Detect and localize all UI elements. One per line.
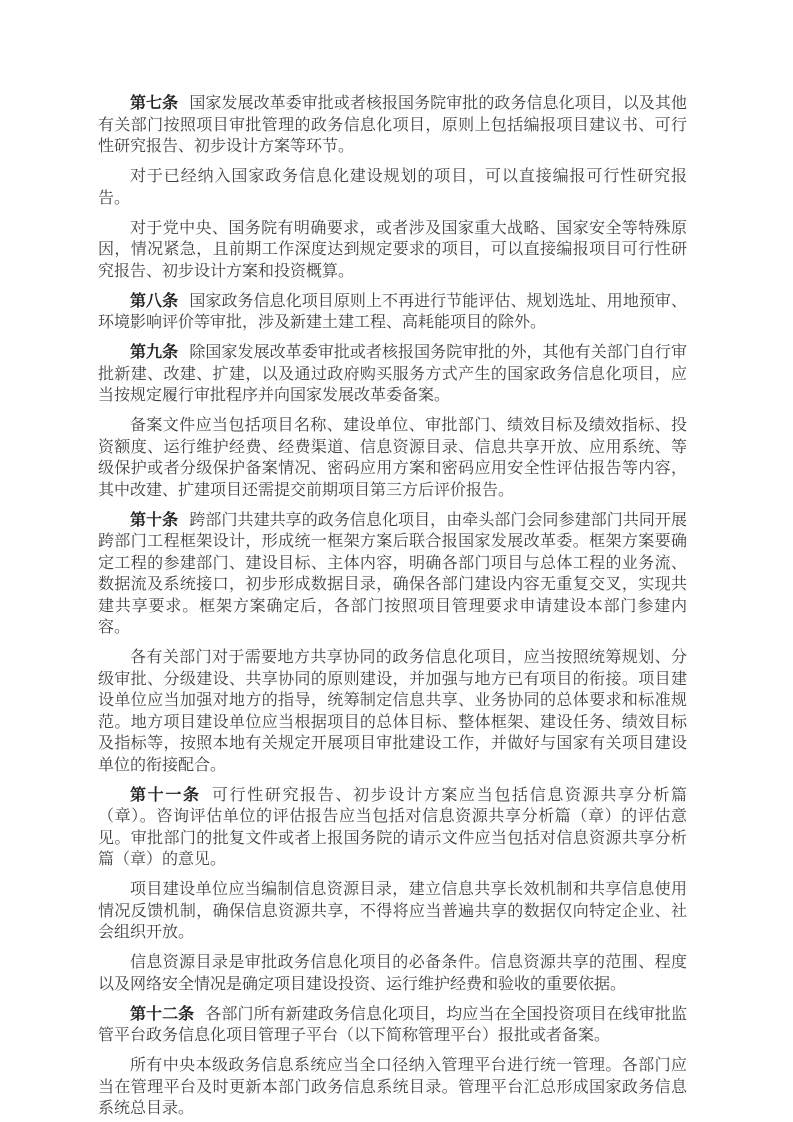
article-number: 第十条 bbox=[130, 510, 178, 529]
document-paragraph: 第九条除国家发展改革委审批或者核报国务院审批的外，其他有关部门自行审批新建、改建… bbox=[98, 341, 687, 406]
paragraph-text: 所有中央本级政务信息系统应当全口径纳入管理平台进行统一管理。各部门应当在管理平台… bbox=[98, 1055, 687, 1117]
paragraph-text: 跨部门共建共享的政务信息化项目，由牵头部门会同参建部门共同开展跨部门工程框架设计… bbox=[98, 510, 687, 637]
document-paragraph: 信息资源目录是审批政务信息化项目的必备条件。信息资源共享的范围、程度以及网络安全… bbox=[98, 951, 687, 994]
document-paragraph: 第十二条各部门所有新建政务信息化项目，均应当在全国投资项目在线审批监管平台政务信… bbox=[98, 1003, 687, 1046]
paragraph-text: 各有关部门对于需要地方共享协同的政务信息化项目，应当按照统筹规划、分级审批、分级… bbox=[98, 647, 687, 774]
document-page: 第七条国家发展改革委审批或者核报国务院审批的政务信息化项目，以及其他有关部门按照… bbox=[0, 0, 793, 1122]
document-paragraph: 第十一条可行性研究报告、初步设计方案应当包括信息资源共享分析篇（章）。咨询评估单… bbox=[98, 784, 687, 870]
paragraph-text: 对于已经纳入国家政务信息化建设规划的项目，可以直接编报可行性研究报告。 bbox=[98, 166, 687, 207]
paragraph-text: 国家政务信息化项目原则上不再进行节能评估、规划选址、用地预审、环境影响评价等审批… bbox=[98, 291, 687, 332]
document-paragraph: 第八条国家政务信息化项目原则上不再进行节能评估、规划选址、用地预审、环境影响评价… bbox=[98, 290, 687, 333]
article-number: 第九条 bbox=[130, 342, 178, 361]
document-paragraph: 项目建设单位应当编制信息资源目录，建立信息共享长效机制和共享信息使用情况反馈机制… bbox=[98, 878, 687, 943]
paragraph-text: 备案文件应当包括项目名称、建设单位、审批部门、绩效目标及绩效指标、投资额度、运行… bbox=[98, 415, 687, 499]
document-paragraph: 各有关部门对于需要地方共享协同的政务信息化项目，应当按照统筹规划、分级审批、分级… bbox=[98, 646, 687, 775]
document-paragraph: 第七条国家发展改革委审批或者核报国务院审批的政务信息化项目，以及其他有关部门按照… bbox=[98, 92, 687, 157]
document-paragraph: 对于党中央、国务院有明确要求，或者涉及国家重大战略、国家安全等特殊原因，情况紧急… bbox=[98, 217, 687, 282]
document-paragraph: 备案文件应当包括项目名称、建设单位、审批部门、绩效目标及绩效指标、投资额度、运行… bbox=[98, 414, 687, 500]
article-number: 第七条 bbox=[130, 93, 178, 112]
document-paragraph: 对于已经纳入国家政务信息化建设规划的项目，可以直接编报可行性研究报告。 bbox=[98, 165, 687, 208]
paragraph-text: 项目建设单位应当编制信息资源目录，建立信息共享长效机制和共享信息使用情况反馈机制… bbox=[98, 879, 687, 941]
document-paragraph: 第十条跨部门共建共享的政务信息化项目，由牵头部门会同参建部门共同开展跨部门工程框… bbox=[98, 509, 687, 638]
article-number: 第十二条 bbox=[130, 1004, 194, 1023]
article-number: 第十一条 bbox=[130, 785, 201, 804]
paragraph-text: 除国家发展改革委审批或者核报国务院审批的外，其他有关部门自行审批新建、改建、扩建… bbox=[98, 342, 687, 404]
document-paragraph: 所有中央本级政务信息系统应当全口径纳入管理平台进行统一管理。各部门应当在管理平台… bbox=[98, 1054, 687, 1119]
paragraph-text: 信息资源目录是审批政务信息化项目的必备条件。信息资源共享的范围、程度以及网络安全… bbox=[98, 952, 687, 993]
paragraph-text: 对于党中央、国务院有明确要求，或者涉及国家重大战略、国家安全等特殊原因，情况紧急… bbox=[98, 218, 687, 280]
paragraph-text: 国家发展改革委审批或者核报国务院审批的政务信息化项目，以及其他有关部门按照项目审… bbox=[98, 93, 687, 155]
article-number: 第八条 bbox=[130, 291, 178, 310]
